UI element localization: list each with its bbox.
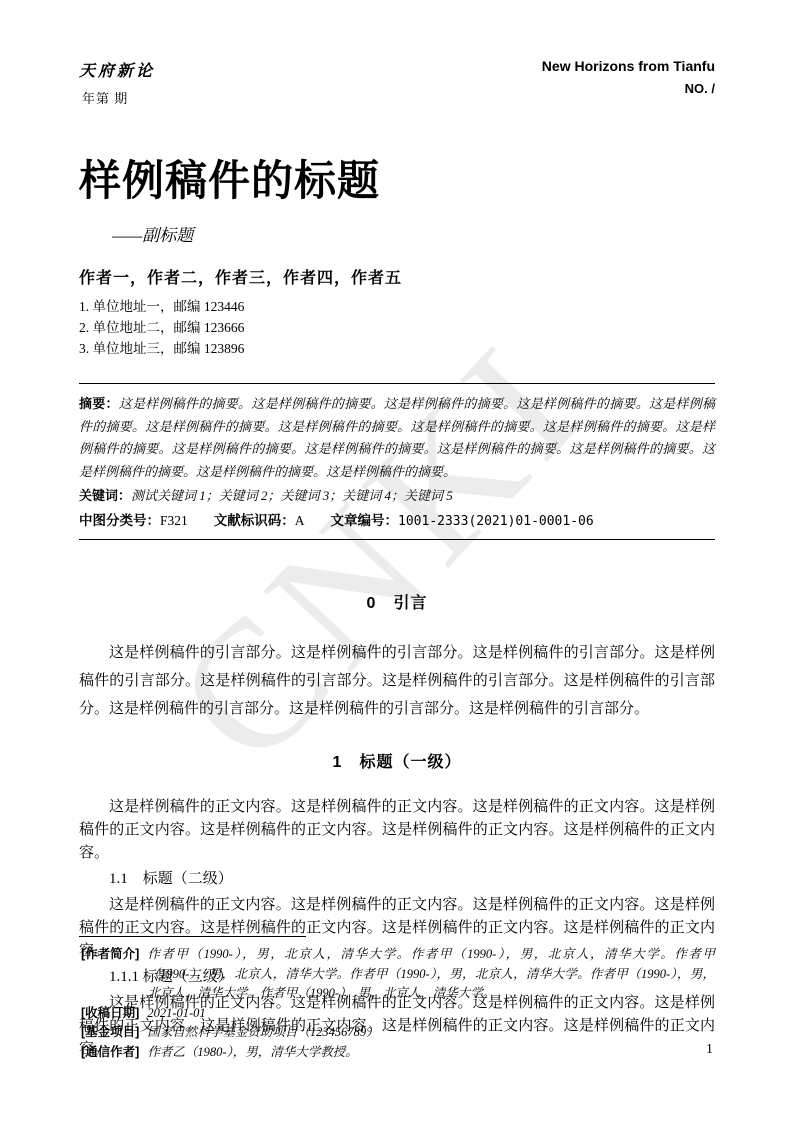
affiliation-list: 1. 单位地址一，邮编 123446 2. 单位地址二，邮编 123666 3.… bbox=[79, 296, 715, 359]
keywords-text: 测试关键词 1；关键词 2；关键词 3；关键词 4；关键词 5 bbox=[131, 488, 453, 503]
affiliation-line-1: 1. 单位地址一，邮编 123446 bbox=[79, 296, 715, 317]
footnote-text-author-bio: 作者甲（1990-），男，北京人，清华大学。作者甲（1990-），男，北京人，清… bbox=[147, 945, 715, 1004]
keywords-line: 关键词：测试关键词 1；关键词 2；关键词 3；关键词 4；关键词 5 bbox=[79, 485, 715, 507]
keywords-label: 关键词： bbox=[79, 488, 131, 503]
page-content: 天府新论 年第 期 New Horizons from Tianfu NO. /… bbox=[0, 0, 794, 1061]
footnote-label-fund-project: [基金项目] bbox=[79, 1023, 139, 1043]
clc-value: F321 bbox=[160, 513, 188, 528]
footnote-divider bbox=[79, 936, 306, 937]
manuscript-page: CNKI 天府新论 年第 期 New Horizons from Tianfu … bbox=[0, 0, 794, 1123]
article-subtitle: ——副标题 bbox=[112, 221, 715, 246]
footnote-block: [作者简介] 作者甲（1990-），男，北京人，清华大学。作者甲（1990-），… bbox=[79, 936, 715, 1062]
section-heading-intro: 0 引言 bbox=[79, 590, 715, 613]
journal-name-cn: 天府新论 bbox=[79, 58, 155, 81]
journal-name-en: New Horizons from Tianfu bbox=[542, 58, 715, 74]
doc-code-value: A bbox=[295, 513, 305, 528]
footnote-label-author-bio: [作者简介] bbox=[79, 945, 139, 1004]
abstract-text: 这是样例稿件的摘要。这是样例稿件的摘要。这是样例稿件的摘要。这是样例稿件的摘要。… bbox=[79, 396, 715, 478]
journal-header: 天府新论 年第 期 New Horizons from Tianfu NO. / bbox=[79, 0, 715, 107]
footnote-author-bio: [作者简介] 作者甲（1990-），男，北京人，清华大学。作者甲（1990-），… bbox=[79, 945, 715, 1004]
affiliation-line-2: 2. 单位地址二，邮编 123666 bbox=[79, 317, 715, 338]
page-number: 1 bbox=[706, 1042, 713, 1058]
footnote-label-received-date: [收稿日期] bbox=[79, 1004, 139, 1024]
footnote-corresponding-author: [通信作者] 作者乙（1980-），男，清华大学教授。 bbox=[79, 1043, 715, 1063]
author-list: 作者一，作者二，作者三，作者四，作者五 bbox=[79, 265, 715, 288]
abstract-bottom-divider bbox=[79, 539, 715, 540]
subsection-heading-1-1: 1.1 标题（二级） bbox=[79, 868, 715, 891]
article-no-label: 文章编号： bbox=[331, 513, 399, 528]
footnote-received-date: [收稿日期] 2021-01-01 bbox=[79, 1004, 715, 1024]
footnote-text-fund-project: 国家自然科学基金资助项目（123456789） bbox=[147, 1023, 715, 1043]
affiliation-line-3: 3. 单位地址三，邮编 123896 bbox=[79, 338, 715, 359]
clc-label: 中图分类号： bbox=[79, 513, 160, 528]
section-heading-1: 1 标题（一级） bbox=[79, 749, 715, 772]
footnote-text-received-date: 2021-01-01 bbox=[147, 1004, 715, 1024]
clc-line: 中图分类号：F321文献标识码：A文章编号：1001-2333(2021)01-… bbox=[79, 510, 715, 533]
footnote-text-corresponding-author: 作者乙（1980-），男，清华大学教授。 bbox=[147, 1043, 715, 1063]
abstract-paragraph: 摘要：这是样例稿件的摘要。这是样例稿件的摘要。这是样例稿件的摘要。这是样例稿件的… bbox=[79, 393, 715, 483]
journal-issue-en: NO. / bbox=[542, 81, 715, 96]
footnote-label-corresponding-author: [通信作者] bbox=[79, 1043, 139, 1063]
abstract-label: 摘要： bbox=[79, 396, 119, 411]
doc-code-label: 文献标识码： bbox=[214, 513, 295, 528]
abstract-top-divider bbox=[79, 383, 715, 384]
intro-paragraph: 这是样例稿件的引言部分。这是样例稿件的引言部分。这是样例稿件的引言部分。这是样例… bbox=[79, 639, 715, 723]
article-title: 样例稿件的标题 bbox=[79, 157, 715, 207]
footnote-fund-project: [基金项目] 国家自然科学基金资助项目（123456789） bbox=[79, 1023, 715, 1043]
article-no-value: 1001-2333(2021)01-0001-06 bbox=[398, 514, 594, 529]
journal-header-right: New Horizons from Tianfu NO. / bbox=[542, 58, 715, 96]
body-paragraph-1: 这是样例稿件的正文内容。这是样例稿件的正文内容。这是样例稿件的正文内容。这是样例… bbox=[79, 796, 715, 865]
journal-header-left: 天府新论 年第 期 bbox=[79, 58, 155, 107]
journal-issue-cn: 年第 期 bbox=[79, 88, 155, 107]
